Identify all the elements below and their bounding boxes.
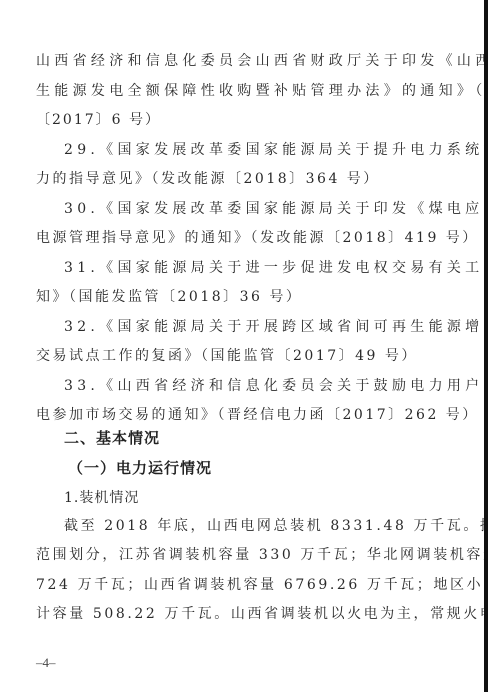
text-line: 〔2017〕6 号）: [36, 111, 448, 129]
page-number: –4–: [36, 655, 56, 671]
text-line: 力的指导意见》（发改能源〔2018〕364 号）: [36, 170, 448, 188]
reference-item-33: 33.《山西省经济和信息化委员会关于鼓励电力用户增量用: [64, 377, 448, 395]
document-page: 山西省经济和信息化委员会山西省财政厅关于印发《山西省可再 生能源发电全额保障性收…: [0, 0, 484, 692]
text-line: 生能源发电全额保障性收购暨补贴管理办法》的通知》（晋监能: [36, 82, 448, 100]
item-heading: 1.装机情况: [64, 487, 139, 507]
body-line: 724 万千瓦；山西省调装机容量 6769.26 万千瓦；地区小电厂合: [36, 576, 448, 594]
section-heading: 二、基本情况: [64, 427, 160, 448]
reference-item-31: 31.《国家能源局关于进一步促进发电权交易有关工作的通: [64, 259, 448, 277]
text-line: 知》（国能发监管〔2018〕36 号）: [36, 288, 448, 306]
text-line: 山西省经济和信息化委员会山西省财政厅关于印发《山西省可再: [36, 52, 448, 70]
body-line: 截至 2018 年底，山西电网总装机 8331.48 万千瓦。按调管: [64, 517, 448, 535]
text-line: 电参加市场交易的通知》（晋经信电力函〔2017〕262 号）: [36, 406, 448, 424]
text-line: 电源管理指导意见》的通知》（发改能源〔2018〕419 号）: [36, 229, 448, 247]
page-edge: [484, 0, 488, 692]
body-line: 范围划分，江苏省调装机容量 330 万千瓦；华北网调装机容量: [36, 546, 448, 564]
reference-item-32: 32.《国家能源局关于开展跨区域省间可再生能源增量现货: [64, 318, 448, 336]
reference-item-29: 29.《国家发展改革委国家能源局关于提升电力系统调节能: [64, 141, 448, 159]
body-line: 计容量 508.22 万千瓦。山西省调装机以火电为主，常规火电机: [36, 605, 448, 623]
reference-item-30: 30.《国家发展改革委国家能源局关于印发《煤电应急备用: [64, 200, 448, 218]
subsection-heading: （一）电力运行情况: [68, 457, 212, 478]
text-line: 交易试点工作的复函》（国能监管〔2017〕49 号）: [36, 347, 448, 365]
